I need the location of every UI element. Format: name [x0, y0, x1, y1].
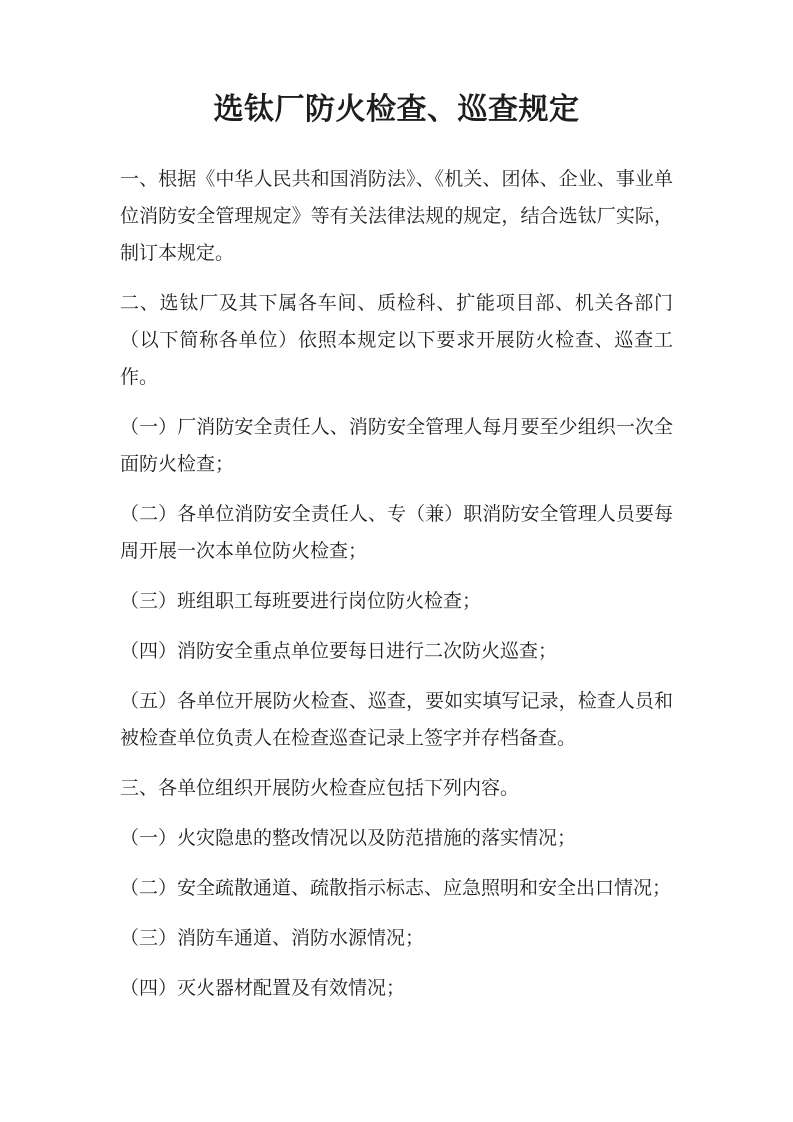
document-paragraph: 二、选钛厂及其下属各车间、质检科、扩能项目部、机关各部门（以下简称各单位）依照本… — [120, 285, 673, 396]
document-paragraph: （三）消防车通道、消防水源情况； — [120, 920, 673, 957]
document-paragraph: （四）灭火器材配置及有效情况； — [120, 970, 673, 1007]
document-title: 选钛厂防火检查、巡查规定 — [120, 88, 673, 132]
document-paragraph: （三）班组职工每班要进行岗位防火检查； — [120, 583, 673, 620]
document-page: 选钛厂防火检查、巡查规定 一、根据《中华人民共和国消防法》、《机关、团体、企业、… — [0, 0, 793, 1122]
document-paragraph: （四）消防安全重点单位要每日进行二次防火巡查； — [120, 633, 673, 670]
document-paragraph: （一）火灾隐患的整改情况以及防范措施的落实情况； — [120, 820, 673, 857]
document-paragraph: （五）各单位开展防火检查、巡查，要如实填写记录，检查人员和被检查单位负责人在检查… — [120, 683, 673, 757]
document-paragraph: （二）安全疏散通道、疏散指示标志、应急照明和安全出口情况； — [120, 870, 673, 907]
document-paragraph: （一）厂消防安全责任人、消防安全管理人每月要至少组织一次全面防火检查； — [120, 409, 673, 483]
document-paragraph: （二）各单位消防安全责任人、专（兼）职消防安全管理人员要每周开展一次本单位防火检… — [120, 496, 673, 570]
document-paragraph: 一、根据《中华人民共和国消防法》、《机关、团体、企业、事业单位消防安全管理规定》… — [120, 161, 673, 272]
document-paragraph: 三、各单位组织开展防火检查应包括下列内容。 — [120, 770, 673, 807]
